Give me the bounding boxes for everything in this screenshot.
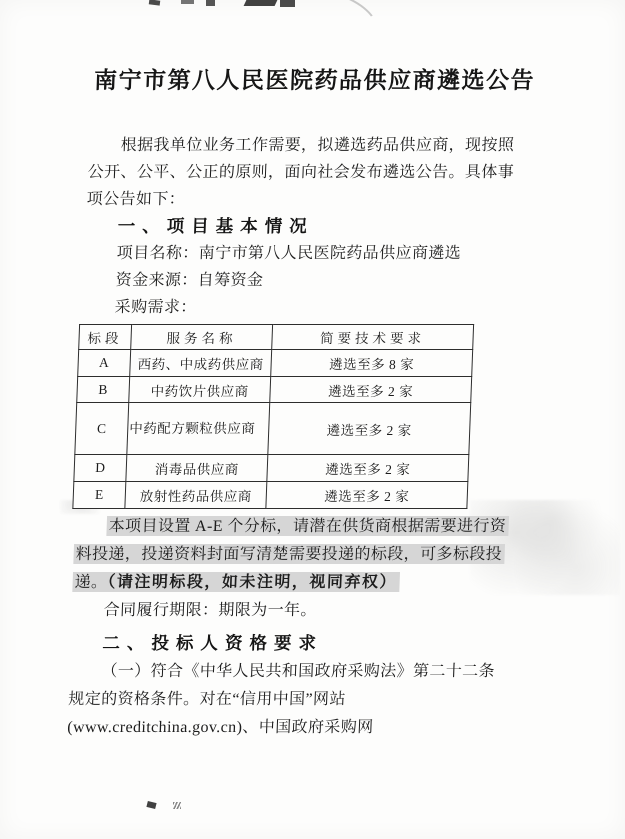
table-header-row: 标段 服务名称 简要技术要求 [79,325,474,350]
section2-heading: 二、投标人资格要求 [70,629,602,658]
highlighted-text: 本项目设置 A-E 个分标，请潜在供货商根据需要进行资 [106,516,509,536]
lot-cell: D [74,455,127,482]
table-row: B 中药饮片供应商 遴选至多 2 家 [77,377,472,403]
highlighted-text: 递。（请注明标段，如未注明，视同弃权） [72,572,400,592]
highlighted-text: 料投递，投递资料封面写清楚需要投递的标段，可多标段投 [73,544,505,564]
procurement-demand-line: 采购需求： [82,294,614,321]
column-header-lot: 标段 [79,325,132,350]
requirement-cell: 遴选至多 2 家 [268,403,471,455]
funding-source-line: 资金来源：自筹资金 [83,267,615,294]
column-header-service: 服务名称 [131,325,273,350]
service-cell: 中药配方颗粒供应商 [127,403,270,455]
qualification-line: 规定的资格条件。对在“信用中国”网站 [68,686,600,714]
document-title: 南宁市第八人民医院药品供应商遴选公告 [94,62,623,92]
requirement-cell: 遴选至多 2 家 [270,377,472,403]
notice-text-normal: 递。 [74,574,107,591]
table-row: E 放射性药品供应商 遴选至多 2 家 [73,482,468,509]
qualification-paragraph: （一）符合《中华人民共和国政府采购法》第二十二条 规定的资格条件。对在“信用中国… [67,658,601,742]
requirement-cell: 遴选至多 8 家 [271,350,473,377]
service-cell: 消毒品供应商 [126,455,268,482]
table-row: A 西药、中成药供应商 遴选至多 8 家 [78,350,473,377]
section1-heading: 一、项目基本情况 [85,213,617,240]
lot-cell: E [73,482,126,509]
qualification-line: （一）符合《中华人民共和国政府采购法》第二十二条 [69,658,601,686]
service-cell: 中药饮片供应商 [129,377,271,403]
lot-cell: C [75,403,129,455]
lot-cell: B [77,377,130,403]
document-content: 南宁市第八人民医院药品供应商遴选公告 根据我单位业务工作需要，拟遴选药品供应商，… [0,0,625,839]
submission-notice-paragraph: 本项目设置 A-E 个分标，请潜在供货商根据需要进行资 料投递，投递资料封面写清… [72,513,606,597]
requirement-cell: 遴选至多 2 家 [266,482,468,509]
notice-line: 递。（请注明标段，如未注明，视同弃权） [72,569,604,597]
table-row: D 消毒品供应商 遴选至多 2 家 [74,455,469,482]
intro-line: 根据我单位业务工作需要，拟遴选药品供应商，现按照 [88,132,620,159]
scanned-document-page: 南宁市第八人民医院药品供应商遴选公告 根据我单位业务工作需要，拟遴选药品供应商，… [0,0,625,839]
lot-cell: A [78,350,131,377]
service-cell: 西药、中成药供应商 [130,350,272,377]
intro-line: 公开、公平、公正的原则，面向社会发布遴选公告。具体事 [87,159,619,186]
intro-line: 项公告如下： [86,186,618,213]
notice-line: 本项目设置 A-E 个分标，请潜在供货商根据需要进行资 [74,513,606,541]
procurement-lots-table: 标段 服务名称 简要技术要求 A 西药、中成药供应商 遴选至多 8 家 B 中药… [72,324,474,509]
table-row: C 中药配方颗粒供应商 遴选至多 2 家 [75,403,471,455]
column-header-requirement: 简要技术要求 [272,325,474,350]
notice-text-bold: （请注明标段，如未注明，视同弃权） [107,574,397,591]
requirement-cell: 遴选至多 2 家 [267,455,469,482]
notice-line: 料投递，投递资料封面写清楚需要投递的标段，可多标段投 [73,541,605,569]
intro-paragraph: 根据我单位业务工作需要，拟遴选药品供应商，现按照 公开、公平、公正的原则，面向社… [86,132,620,213]
qualification-line: (www.creditchina.gov.cn)、中国政府采购网 [67,714,599,742]
project-name-line: 项目名称：南宁市第八人民医院药品供应商遴选 [84,240,616,267]
contract-term-line: 合同履行期限：期限为一年。 [71,597,603,625]
service-cell: 放射性药品供应商 [125,482,267,509]
